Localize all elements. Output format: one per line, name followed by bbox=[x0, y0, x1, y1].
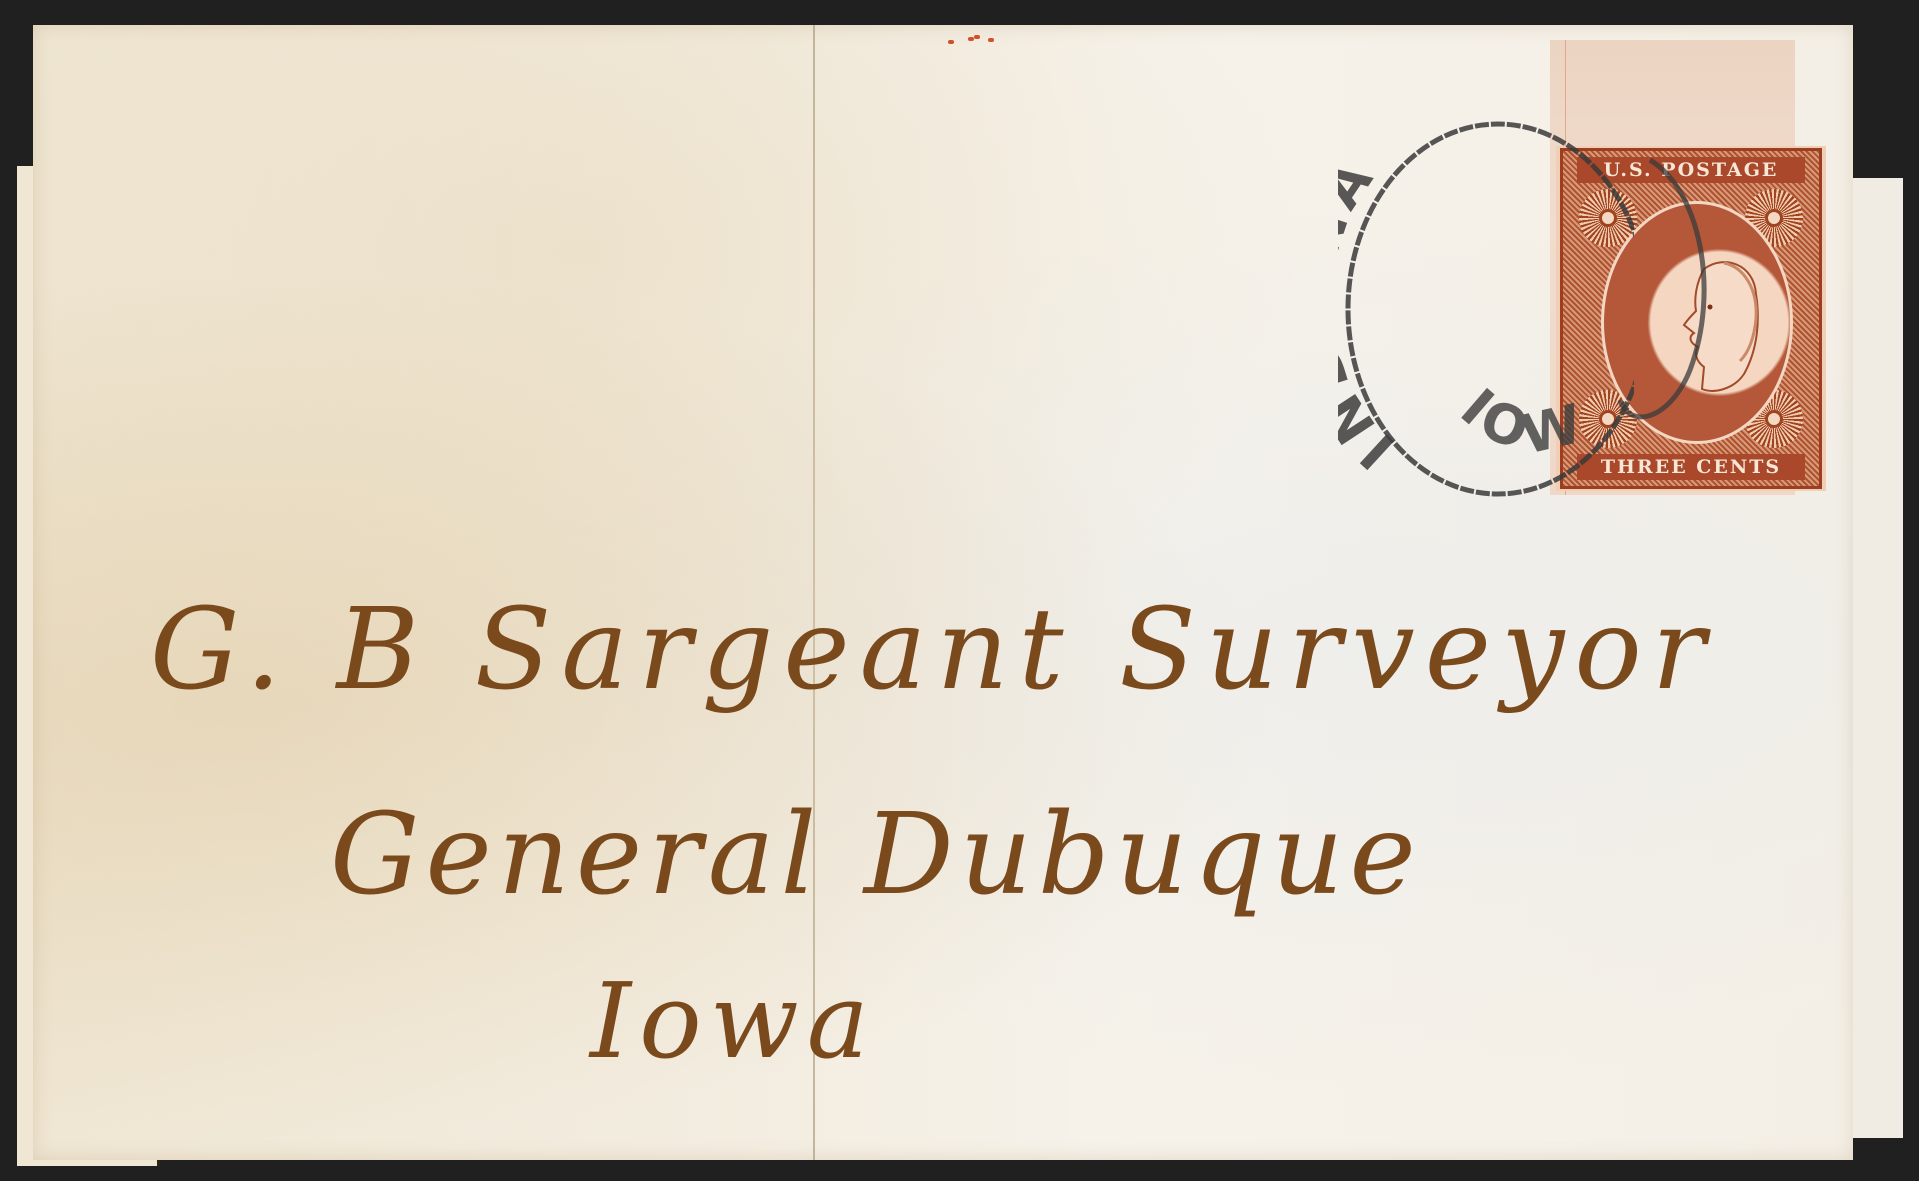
pen-cancel-stroke bbox=[1610, 150, 1720, 440]
center-fold bbox=[813, 25, 815, 1160]
circular-postmark: INDIANA IOWA bbox=[1338, 114, 1634, 504]
red-ink-specks bbox=[948, 35, 1028, 47]
